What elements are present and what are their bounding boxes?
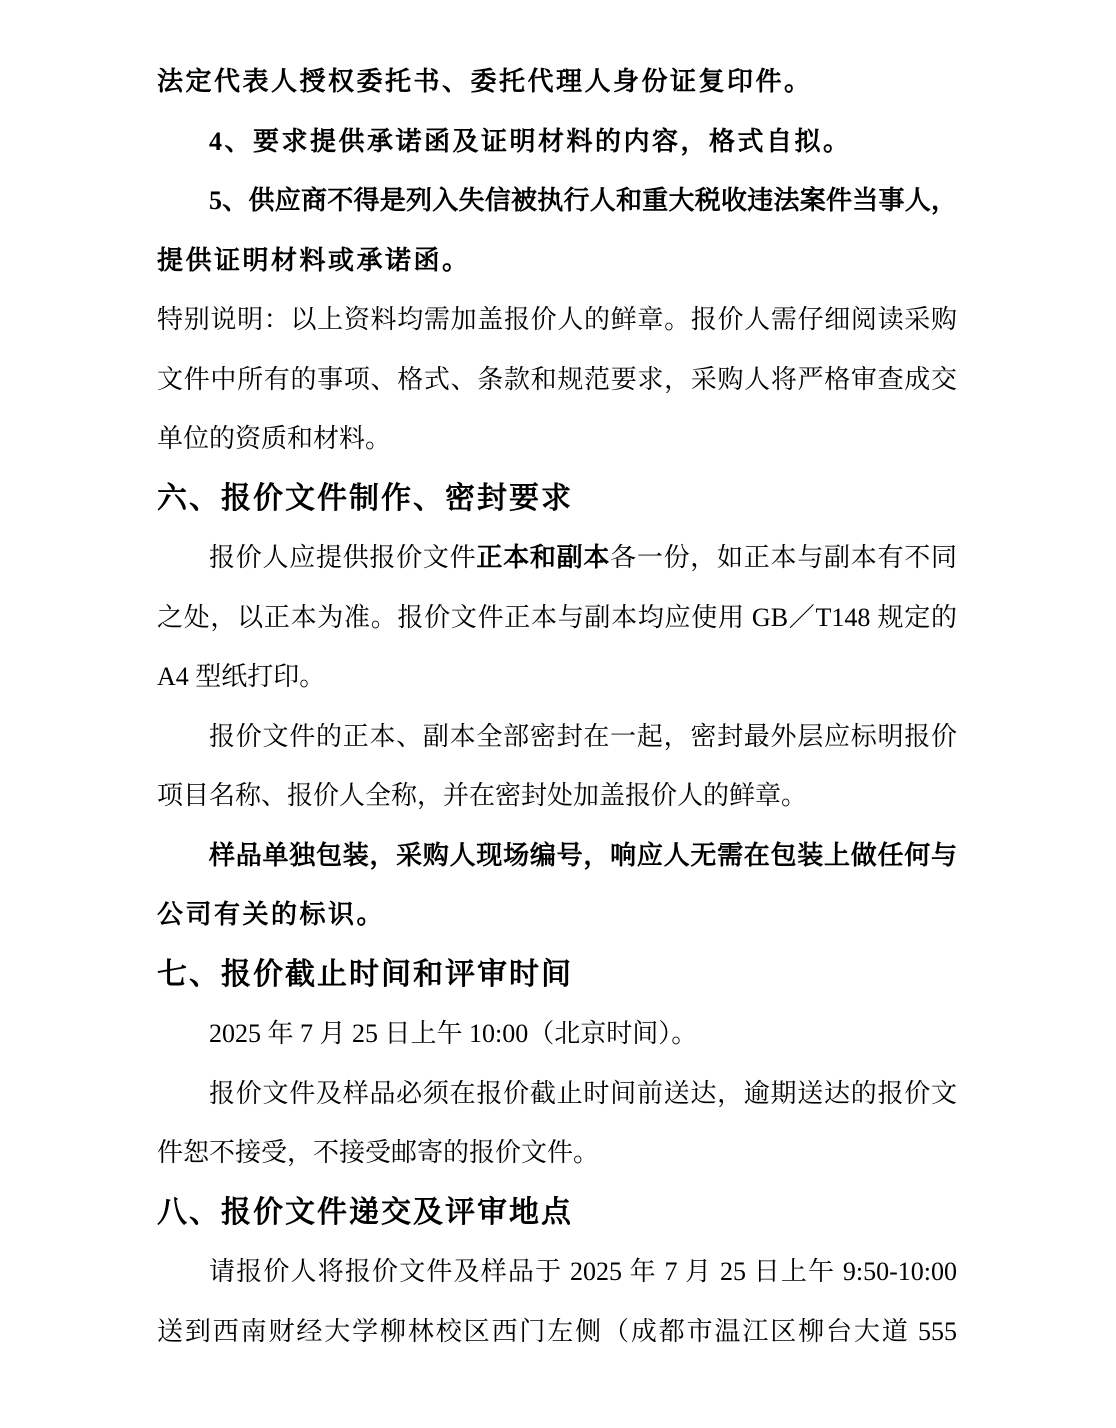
line-copies-requirement-2: 之处，以正本为准。报价文件正本与副本均应使用 GB／T148 规定的 <box>157 588 957 648</box>
doc-text: 文件中所有的事项、格式、条款和规范要求，采购人将严格审查成交 <box>157 365 957 394</box>
doc-text: 报价文件及样品必须在报价截止时间前送达，逾期送达的报价文 <box>209 1079 957 1108</box>
doc-text: 4、要求提供承诺函及证明材料的内容，格式自拟。 <box>209 127 852 156</box>
line-item-4: 4、要求提供承诺函及证明材料的内容，格式自拟。 <box>157 112 957 172</box>
doc-text: 公司有关的标识。 <box>157 900 385 929</box>
doc-text: 样品单独包装，采购人现场编号，响应人无需在包装上做任何与 <box>209 841 957 870</box>
doc-text: 送到西南财经大学柳林校区西门左侧（成都市温江区柳台大道 555 <box>157 1317 957 1346</box>
doc-text: 单位的资质和材料。 <box>157 424 391 453</box>
line-delivery-rule-1: 报价文件及样品必须在报价截止时间前送达，逾期送达的报价文 <box>157 1064 957 1124</box>
line-sample-packing-2: 公司有关的标识。 <box>157 885 957 945</box>
line-sample-packing-1: 样品单独包装，采购人现场编号，响应人无需在包装上做任何与 <box>157 826 957 886</box>
doc-text: 件恕不接受，不接受邮寄的报价文件。 <box>157 1138 599 1167</box>
line-sealing-requirement-1: 报价文件的正本、副本全部密封在一起，密封最外层应标明报价 <box>157 707 957 767</box>
section-heading-text: 八、报价文件递交及评审地点 <box>157 1196 573 1229</box>
doc-text: 各一份，如正本与副本有不同 <box>610 543 957 572</box>
doc-text: 法定代表人授权委托书、委托代理人身份证复印件。 <box>157 67 813 96</box>
line-special-note-2: 文件中所有的事项、格式、条款和规范要求，采购人将严格审查成交 <box>157 350 957 410</box>
doc-text: 请报价人将报价文件及样品于 2025 年 7 月 25 日上午 9:50-10:… <box>209 1257 957 1286</box>
heading-section-7: 七、报价截止时间和评审时间 <box>157 945 957 1005</box>
line-copies-requirement-3: A4 型纸打印。 <box>157 647 957 707</box>
line-submission-place-2: 送到西南财经大学柳林校区西门左侧（成都市温江区柳台大道 555 <box>157 1302 957 1362</box>
line-copies-requirement-1: 报价人应提供报价文件正本和副本各一份，如正本与副本有不同 <box>157 528 957 588</box>
line-delivery-rule-2: 件恕不接受，不接受邮寄的报价文件。 <box>157 1123 957 1183</box>
section-heading-text: 七、报价截止时间和评审时间 <box>157 958 573 991</box>
doc-text: 报价文件的正本、副本全部密封在一起，密封最外层应标明报价 <box>209 722 957 751</box>
doc-text: 报价人应提供报价文件 <box>209 543 476 572</box>
doc-text: 之处，以正本为准。报价文件正本与副本均应使用 GB／T148 规定的 <box>157 603 957 632</box>
doc-text: 提供证明材料或承诺函。 <box>157 246 471 275</box>
document-page: 法定代表人授权委托书、委托代理人身份证复印件。 4、要求提供承诺函及证明材料的内… <box>0 0 1116 1428</box>
section-heading-text: 六、报价文件制作、密封要求 <box>157 482 573 515</box>
heading-section-8: 八、报价文件递交及评审地点 <box>157 1183 957 1243</box>
line-deadline-time: 2025 年 7 月 25 日上午 10:00（北京时间）。 <box>157 1004 957 1064</box>
doc-text: 项目名称、报价人全称，并在密封处加盖报价人的鲜章。 <box>157 781 807 810</box>
doc-text: 特别说明：以上资料均需加盖报价人的鲜章。报价人需仔细阅读采购 <box>157 305 957 334</box>
doc-text: 5、供应商不得是列入失信被执行人和重大税收违法案件当事人， <box>209 186 957 215</box>
line-item-5-continued: 提供证明材料或承诺函。 <box>157 231 957 291</box>
line-sealing-requirement-2: 项目名称、报价人全称，并在密封处加盖报价人的鲜章。 <box>157 766 957 826</box>
doc-text: 2025 年 7 月 25 日上午 10:00（北京时间）。 <box>209 1019 697 1048</box>
line-legal-rep-id-copy: 法定代表人授权委托书、委托代理人身份证复印件。 <box>157 52 957 112</box>
line-special-note-3: 单位的资质和材料。 <box>157 409 957 469</box>
line-item-5: 5、供应商不得是列入失信被执行人和重大税收违法案件当事人， <box>157 171 957 231</box>
line-special-note-1: 特别说明：以上资料均需加盖报价人的鲜章。报价人需仔细阅读采购 <box>157 290 957 350</box>
line-submission-place-1: 请报价人将报价文件及样品于 2025 年 7 月 25 日上午 9:50-10:… <box>157 1242 957 1302</box>
doc-text-emphasis: 正本和副本 <box>476 543 610 572</box>
heading-section-6: 六、报价文件制作、密封要求 <box>157 469 957 529</box>
doc-text: A4 型纸打印。 <box>157 662 325 691</box>
